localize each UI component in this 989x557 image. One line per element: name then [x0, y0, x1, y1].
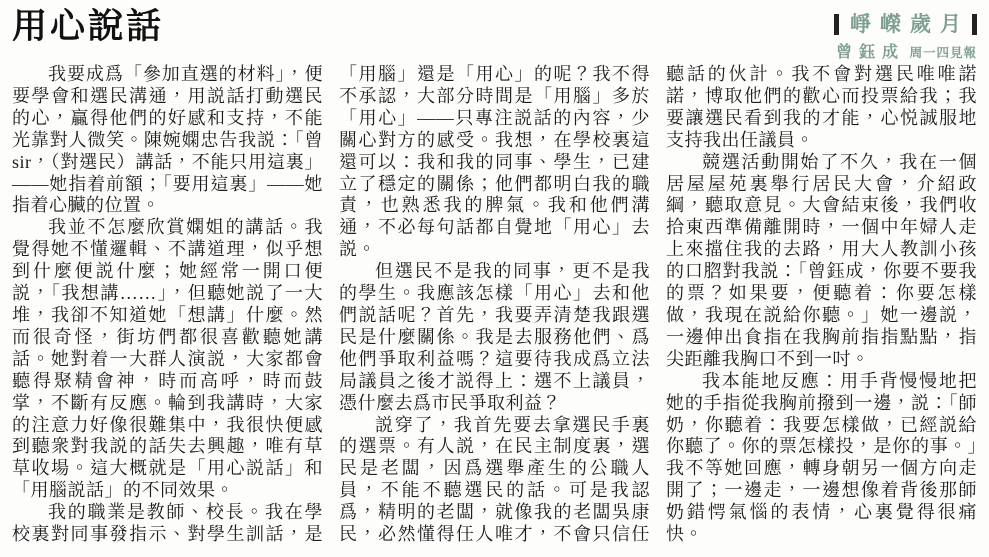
article-paragraph: 但選民不是我的同事，更不是我的學生。我應該怎樣「用心」去和他們説話呢？首先，我要… [339, 261, 650, 414]
page-header: 用心說話 崢嶸歲月 曾鈺成 周一四見報 [12, 6, 977, 60]
column-name: 崢嶸歲月 [850, 14, 970, 35]
author-name: 曾鈺成 [836, 39, 905, 62]
article-paragraph: 我並不怎麼欣賞嫻姐的講話。我覺得她不懂邏輯、不講道理，似乎想到什麼便説什麼；她經… [12, 217, 323, 502]
article-title: 用心說話 [12, 8, 164, 47]
masthead-left-bar [834, 14, 839, 35]
article-paragraph: 競選活動開始了不久，我在一個居屋屋苑裏舉行居民大會，介紹政綱，聽取意見。大會結束… [666, 152, 977, 371]
publication-schedule: 周一四見報 [909, 43, 977, 61]
article-paragraph: 我要成爲「參加直選的材料」，便要學會和選民溝通，用説話打動選民的心，贏得他們的好… [12, 64, 323, 217]
masthead-name-row: 崢嶸歲月 [834, 14, 977, 35]
article-paragraph: 我本能地反應：用手背慢慢地把她的手指從我胸前撥到一邊，説：「師奶，你聽着：我要怎… [666, 371, 977, 546]
newspaper-page: 用心說話 崢嶸歲月 曾鈺成 周一四見報 我要成爲「參加直選的材料」，便要學會和選… [0, 0, 989, 557]
masthead-right-bar [972, 14, 977, 35]
article-body: 我要成爲「參加直選的材料」，便要學會和選民溝通，用説話打動選民的心，贏得他們的好… [12, 64, 977, 551]
column-masthead: 崢嶸歲月 曾鈺成 周一四見報 [834, 6, 977, 62]
byline-row: 曾鈺成 周一四見報 [834, 39, 977, 62]
